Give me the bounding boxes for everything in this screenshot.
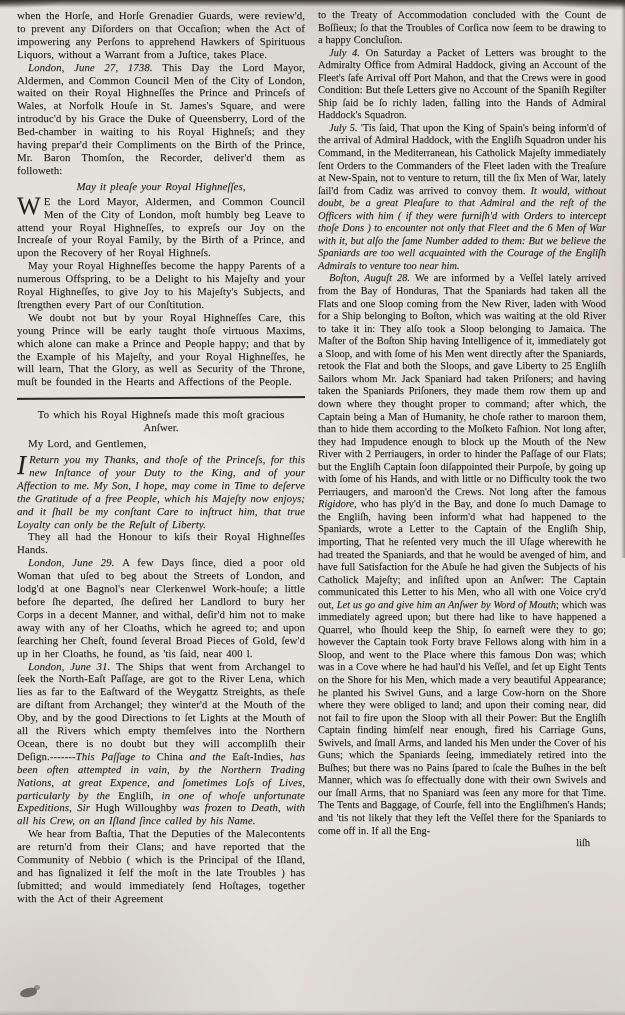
scan-edge-bottom (0, 1010, 625, 1015)
text-segment-italic: This Paſſage to (76, 751, 157, 763)
paragraph: London, June 31. The Ships that went fro… (17, 661, 305, 829)
text-segment: The Ships that went from Archangel to ſe… (17, 661, 305, 763)
section-rule (17, 396, 305, 400)
text-segment: They all had the Honour to kiſs their Ro… (17, 531, 305, 556)
text-segment: Hugh Willoughby (95, 802, 182, 814)
answer-heading: To which his Royal Highneſs made this mo… (35, 409, 287, 435)
text-segment-italic: Let us go and give him an Anſwer by Word… (337, 600, 556, 611)
text-segment: We are informed by a Veſſel lately arriv… (318, 273, 606, 497)
text-segment: China (157, 751, 190, 763)
column-left: when the Horſe, and Horſe Grenadier Guar… (17, 10, 305, 906)
scan-edge-top-left (0, 0, 90, 10)
scan-edge-right (621, 0, 625, 558)
paragraph: May your Royal Highneſſes become the hap… (17, 260, 305, 312)
text-segment: when the Horſe, and Horſe Grenadier Guar… (17, 10, 305, 61)
text-segment: We hear from Baſtia, That the Deputies o… (17, 828, 305, 905)
text-segment: May your Royal Highneſſes become the hap… (17, 260, 305, 311)
text-segment-italic: July 4. (329, 48, 366, 59)
text-segment-italic: May it pleaſe your Royal Highneſſes, (76, 181, 245, 193)
text-segment: Eaſt-Indies, (232, 751, 290, 763)
text-segment: To which his Royal Highneſs made this mo… (38, 409, 285, 434)
text-segment: to the Treaty of Accommodation concluded… (318, 10, 606, 46)
text-segment-italic: Rigidore, (318, 499, 361, 510)
text-segment-italic: July 5. (329, 123, 361, 134)
paragraph: WE the Lord Mayor, Aldermen, and Common … (17, 196, 305, 261)
text-segment: My Lord, and Gentlemen, (28, 438, 146, 450)
paragraph: We doubt not but by your Royal Highneſſe… (17, 312, 305, 389)
text-segment: who has ply'd in the Bay, and done ſo mu… (318, 499, 606, 610)
text-segment-italic: It would, without doubt, be a great Plea… (318, 186, 606, 272)
drop-cap: W (17, 196, 44, 217)
paragraph: July 4. On Saturday a Packet of Letters … (318, 48, 606, 123)
paragraph: London, June 29. A few Days ſince, died … (17, 557, 305, 660)
paragraph: when the Horſe, and Horſe Grenadier Guar… (17, 10, 305, 62)
column-right: to the Treaty of Accommodation concluded… (318, 10, 606, 906)
address-heading: May it pleaſe your Royal Highneſſes, (17, 181, 305, 194)
text-segment: liſh (576, 838, 590, 849)
paragraph: They all had the Honour to kiſs their Ro… (17, 531, 305, 557)
text-segment: ; which was immediately agreed upon; but… (318, 600, 606, 837)
paragraph: My Lord, and Gentlemen, (17, 438, 305, 451)
paragraph: Boſton, Auguſt 28. We are informed by a … (318, 273, 606, 838)
paragraph: IReturn you my Thanks, and thoſe of the … (17, 454, 305, 531)
paragraph: We hear from Baſtia, That the Deputies o… (17, 828, 305, 905)
text-segment-italic: Return you my Thanks, and thoſe of the P… (17, 454, 305, 531)
paragraph: London, June 27, 1738. This Day the Lord… (17, 62, 305, 178)
text-segment: We doubt not but by your Royal Highneſſe… (17, 312, 305, 389)
catchword: liſh (318, 838, 606, 851)
paragraph: July 5. 'Tis ſaid, That upon the King of… (318, 123, 606, 274)
text-segment-italic: Boſton, Auguſt 28. (329, 273, 415, 284)
columns: when the Horſe, and Horſe Grenadier Guar… (17, 10, 606, 906)
text-segment-italic: London, June 31. (28, 661, 116, 673)
text-segment-italic: London, June 29. (28, 557, 122, 569)
text-segment: This Day the Lord Mayor, Aldermen, and C… (17, 62, 305, 177)
paragraph: to the Treaty of Accommodation concluded… (318, 10, 606, 48)
text-segment: E the Lord Mayor, Aldermen, and Common C… (17, 196, 305, 260)
text-segment: A few Days ſince, died a poor old Woman … (17, 557, 305, 659)
text-segment-italic: London, June 27, 1738. (28, 62, 162, 74)
drop-cap: I (17, 454, 29, 476)
newspaper-page: when the Horſe, and Horſe Grenadier Guar… (0, 0, 625, 1015)
text-segment: Engliſh, (118, 790, 161, 802)
text-segment-italic: and the (189, 751, 232, 763)
ink-smudge-small (34, 985, 40, 990)
